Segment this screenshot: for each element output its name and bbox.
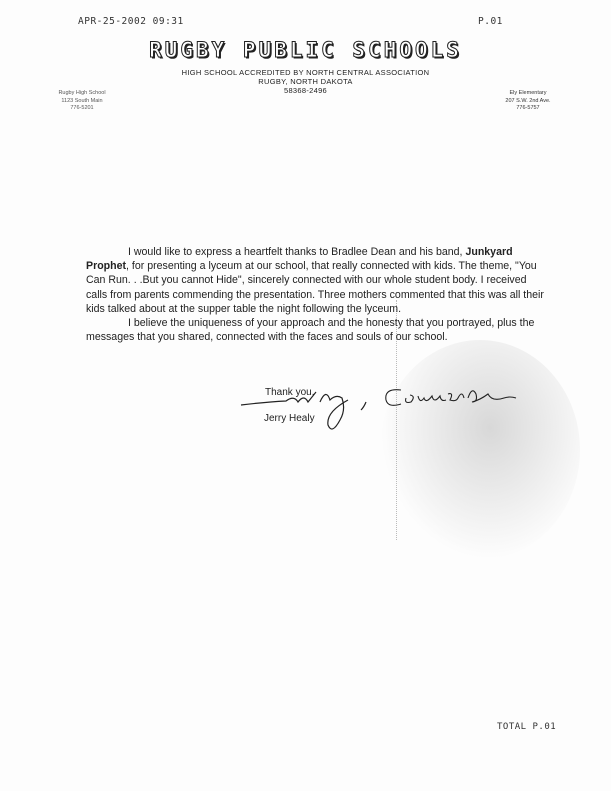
paragraph-1-rest: , for presenting a lyceum at our school,… [86, 260, 544, 315]
signer-name: Jerry Healy [264, 413, 315, 424]
address-left-line: 776-5201 [52, 105, 112, 113]
address-left: Rugby High School 1123 South Main 776-52… [52, 90, 112, 113]
fax-page: APR-25-2002 09:31 P.01 RUGBY PUBLIC SCHO… [0, 0, 611, 791]
fax-noise-smudge [380, 340, 580, 560]
letterhead-accreditation: HIGH SCHOOL ACCREDITED BY NORTH CENTRAL … [0, 68, 611, 77]
letter-body: I would like to express a heartfelt than… [86, 245, 546, 344]
address-right: Ely Elementary 207 S.W. 2nd Ave. 776-575… [496, 90, 560, 113]
paragraph-2: I believe the uniqueness of your approac… [86, 316, 546, 344]
address-right-line: 207 S.W. 2nd Ave. [496, 98, 560, 106]
paragraph-1-intro: I would like to express a heartfelt than… [128, 246, 465, 258]
fax-total-pages: TOTAL P.01 [497, 722, 556, 732]
address-right-line: Ely Elementary [496, 90, 560, 98]
letterhead-city: RUGBY, NORTH DAKOTA [0, 77, 611, 86]
paragraph-1: I would like to express a heartfelt than… [86, 245, 546, 316]
handwritten-signature [236, 380, 526, 440]
address-left-line: Rugby High School [52, 90, 112, 98]
fax-timestamp: APR-25-2002 09:31 [78, 16, 184, 27]
letterhead-title: RUGBY PUBLIC SCHOOLS [0, 38, 611, 62]
fax-page-number: P.01 [478, 16, 503, 27]
address-right-line: 776-5757 [496, 105, 560, 113]
address-left-line: 1123 South Main [52, 98, 112, 106]
